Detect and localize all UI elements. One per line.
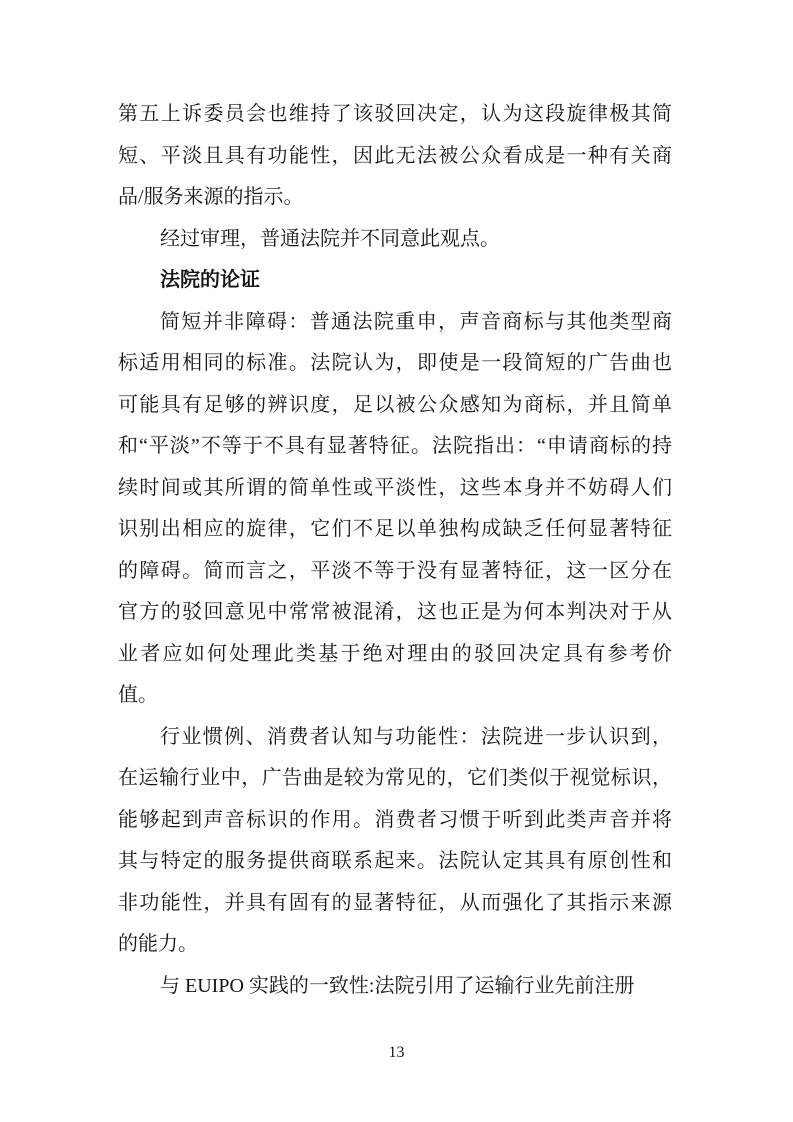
text-line: 的障碍。简而言之，平淡不等于没有显著特征，这一区分在 [118, 551, 672, 593]
text-line: 业者应如何处理此类基于绝对理由的驳回决定具有参考价 [118, 634, 672, 676]
text-line: 经过审理，普通法院并不同意此观点。 [118, 219, 672, 261]
text-line: 行业惯例、消费者认知与功能性：法院进一步认识到， [118, 717, 672, 759]
text-line: 标适用相同的标准。法院认为，即使是一段简短的广告曲也 [118, 343, 672, 385]
text-line: 与 EUIPO 实践的一致性:法院引用了运输行业先前注册 [118, 966, 672, 1008]
text-line: 识别出相应的旋律，它们不足以单独构成缺乏任何显著特征 [118, 509, 672, 551]
text-line: 的能力。 [118, 924, 672, 966]
section-heading: 法院的论证 [118, 260, 672, 302]
text-line: 短、平淡且具有功能性，因此无法被公众看成是一种有关商 [118, 136, 672, 178]
text-line: 续时间或其所谓的简单性或平淡性，这些本身并不妨碍人们 [118, 468, 672, 510]
text-line: 可能具有足够的辨识度，足以被公众感知为商标，并且简单 [118, 385, 672, 427]
text-line: 在运输行业中，广告曲是较为常见的，它们类似于视觉标识， [118, 758, 672, 800]
page-number: 13 [0, 1044, 793, 1062]
document-page: 第五上诉委员会也维持了该驳回决定，认为这段旋律极其简 短、平淡且具有功能性，因此… [0, 0, 793, 1122]
text-line: 和“平淡”不等于不具有显著特征。法院指出：“申请商标的持 [118, 426, 672, 468]
text-line: 品/服务来源的指示。 [118, 177, 672, 219]
text-line: 值。 [118, 675, 672, 717]
text-line: 第五上诉委员会也维持了该驳回决定，认为这段旋律极其简 [118, 94, 672, 136]
text-line: 能够起到声音标识的作用。消费者习惯于听到此类声音并将 [118, 800, 672, 842]
text-line: 简短并非障碍：普通法院重申，声音商标与其他类型商 [118, 302, 672, 344]
document-body: 第五上诉委员会也维持了该驳回决定，认为这段旋律极其简 短、平淡且具有功能性，因此… [118, 94, 672, 1007]
text-line: 其与特定的服务提供商联系起来。法院认定其具有原创性和 [118, 841, 672, 883]
text-line: 官方的驳回意见中常常被混淆，这也正是为何本判决对于从 [118, 592, 672, 634]
text-line: 非功能性，并具有固有的显著特征，从而强化了其指示来源 [118, 883, 672, 925]
